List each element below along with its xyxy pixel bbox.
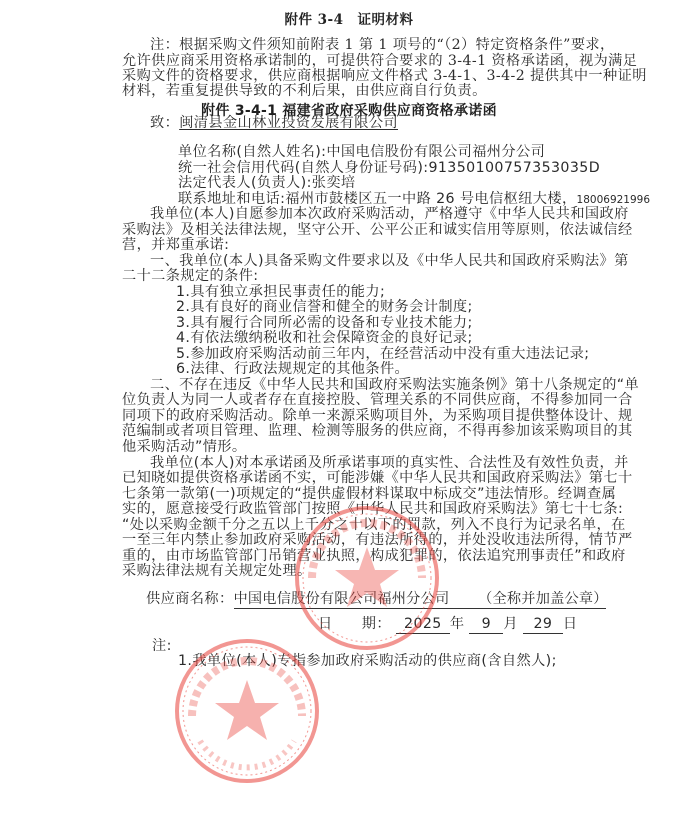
year-unit: 年 [450, 616, 465, 632]
address-text: 联系地址和电话:福州市鼓楼区五一中路 26 号电信枢纽大楼， [178, 191, 577, 207]
day-unit: 日 [563, 616, 578, 632]
attachment-title: 附件 3-4 证明材料 [0, 8, 698, 28]
responsibility-line-6: 一至三年内禁止参加政府采购活动，有违法所得的，并处没收违法所得，情节严 [122, 533, 598, 549]
supplier-label: 供应商名称： [146, 591, 234, 607]
recipient-label: 致： [150, 115, 179, 131]
month-unit: 月 [503, 616, 518, 632]
footnote-item-1: 1.我单位(本人)专指参加政府采购活动的供应商(含自然人); [178, 654, 654, 670]
month-field: 9 [469, 617, 503, 634]
phone-number: 18006921996 [577, 194, 651, 206]
intro-line-3: 营，并郑重承诺: [122, 238, 598, 254]
section2-line-4: 范编制或者项目管理、监理、检测等服务的供应商，不得再参加该采购项目的其 [122, 424, 598, 440]
recipient-name: 闽清县金山林业投资发展有限公司 [179, 115, 398, 131]
recipient-line: 致：闽清县金山林业投资发展有限公司 [150, 116, 626, 132]
responsibility-line-4: 实的，愿意接受行政监管部门按照《中华人民共和国政府采购法》第七十七条: [122, 502, 598, 518]
responsibility-line-8: 采购法律法规有关规定处理。 [122, 564, 598, 580]
section2-line-5: 他采购活动”情形。 [122, 440, 598, 456]
section2-line-2: 位负责人为同一人或者存在直接控股、管理关系的不同供应商，不得参加同一合 [122, 393, 598, 409]
unit-name-line: 单位名称(自然人姓名):中国电信股份有限公司福州分公司 [178, 145, 654, 161]
year-field: 2025 [396, 617, 450, 634]
supplier-name: 中国电信股份有限公司福州分公司 [234, 591, 450, 607]
supplier-suffix: （全称并加盖公章） [478, 591, 608, 607]
date-line: 日 期： 2025年 9月 29日 [318, 617, 608, 633]
supplier-signature-line: 供应商名称：中国电信股份有限公司福州分公司 （全称并加盖公章） [146, 592, 606, 608]
intro-line-1: 我单位(本人)自愿参加本次政府采购活动，严格遵守《中华人民共和国政府 [122, 207, 598, 223]
condition-6: 6.法律、行政法规规定的其他条件。 [176, 362, 652, 378]
supplier-name-field: 中国电信股份有限公司福州分公司 （全称并加盖公章） [234, 592, 606, 609]
condition-4: 4.有依法缴纳税收和社会保障资金的良好记录; [176, 331, 652, 347]
responsibility-line-2: 已知晓如提供资格承诺函不实，可能涉嫌《中华人民共和国政府采购法》第七十 [122, 471, 598, 487]
note-line-1: 注：根据采购文件须知前附表 1 第 1 项号的“（2）特定资格条件”要求， [122, 38, 598, 54]
section1-line-2: 二十二条规定的条件: [122, 269, 598, 285]
legal-rep-line: 法定代表人(负责人):张奕培 [178, 176, 654, 192]
condition-2: 2.具有良好的商业信誉和健全的财务会计制度; [176, 300, 652, 316]
date-label: 日 期： [318, 616, 391, 632]
day-field: 29 [523, 617, 563, 634]
document-page: 附件 3-4 证明材料 注：根据采购文件须知前附表 1 第 1 项号的“（2）特… [0, 0, 698, 814]
note-line-4: 材料，若重复提供导致的不利后果，由供应商自行负责。 [122, 84, 598, 100]
